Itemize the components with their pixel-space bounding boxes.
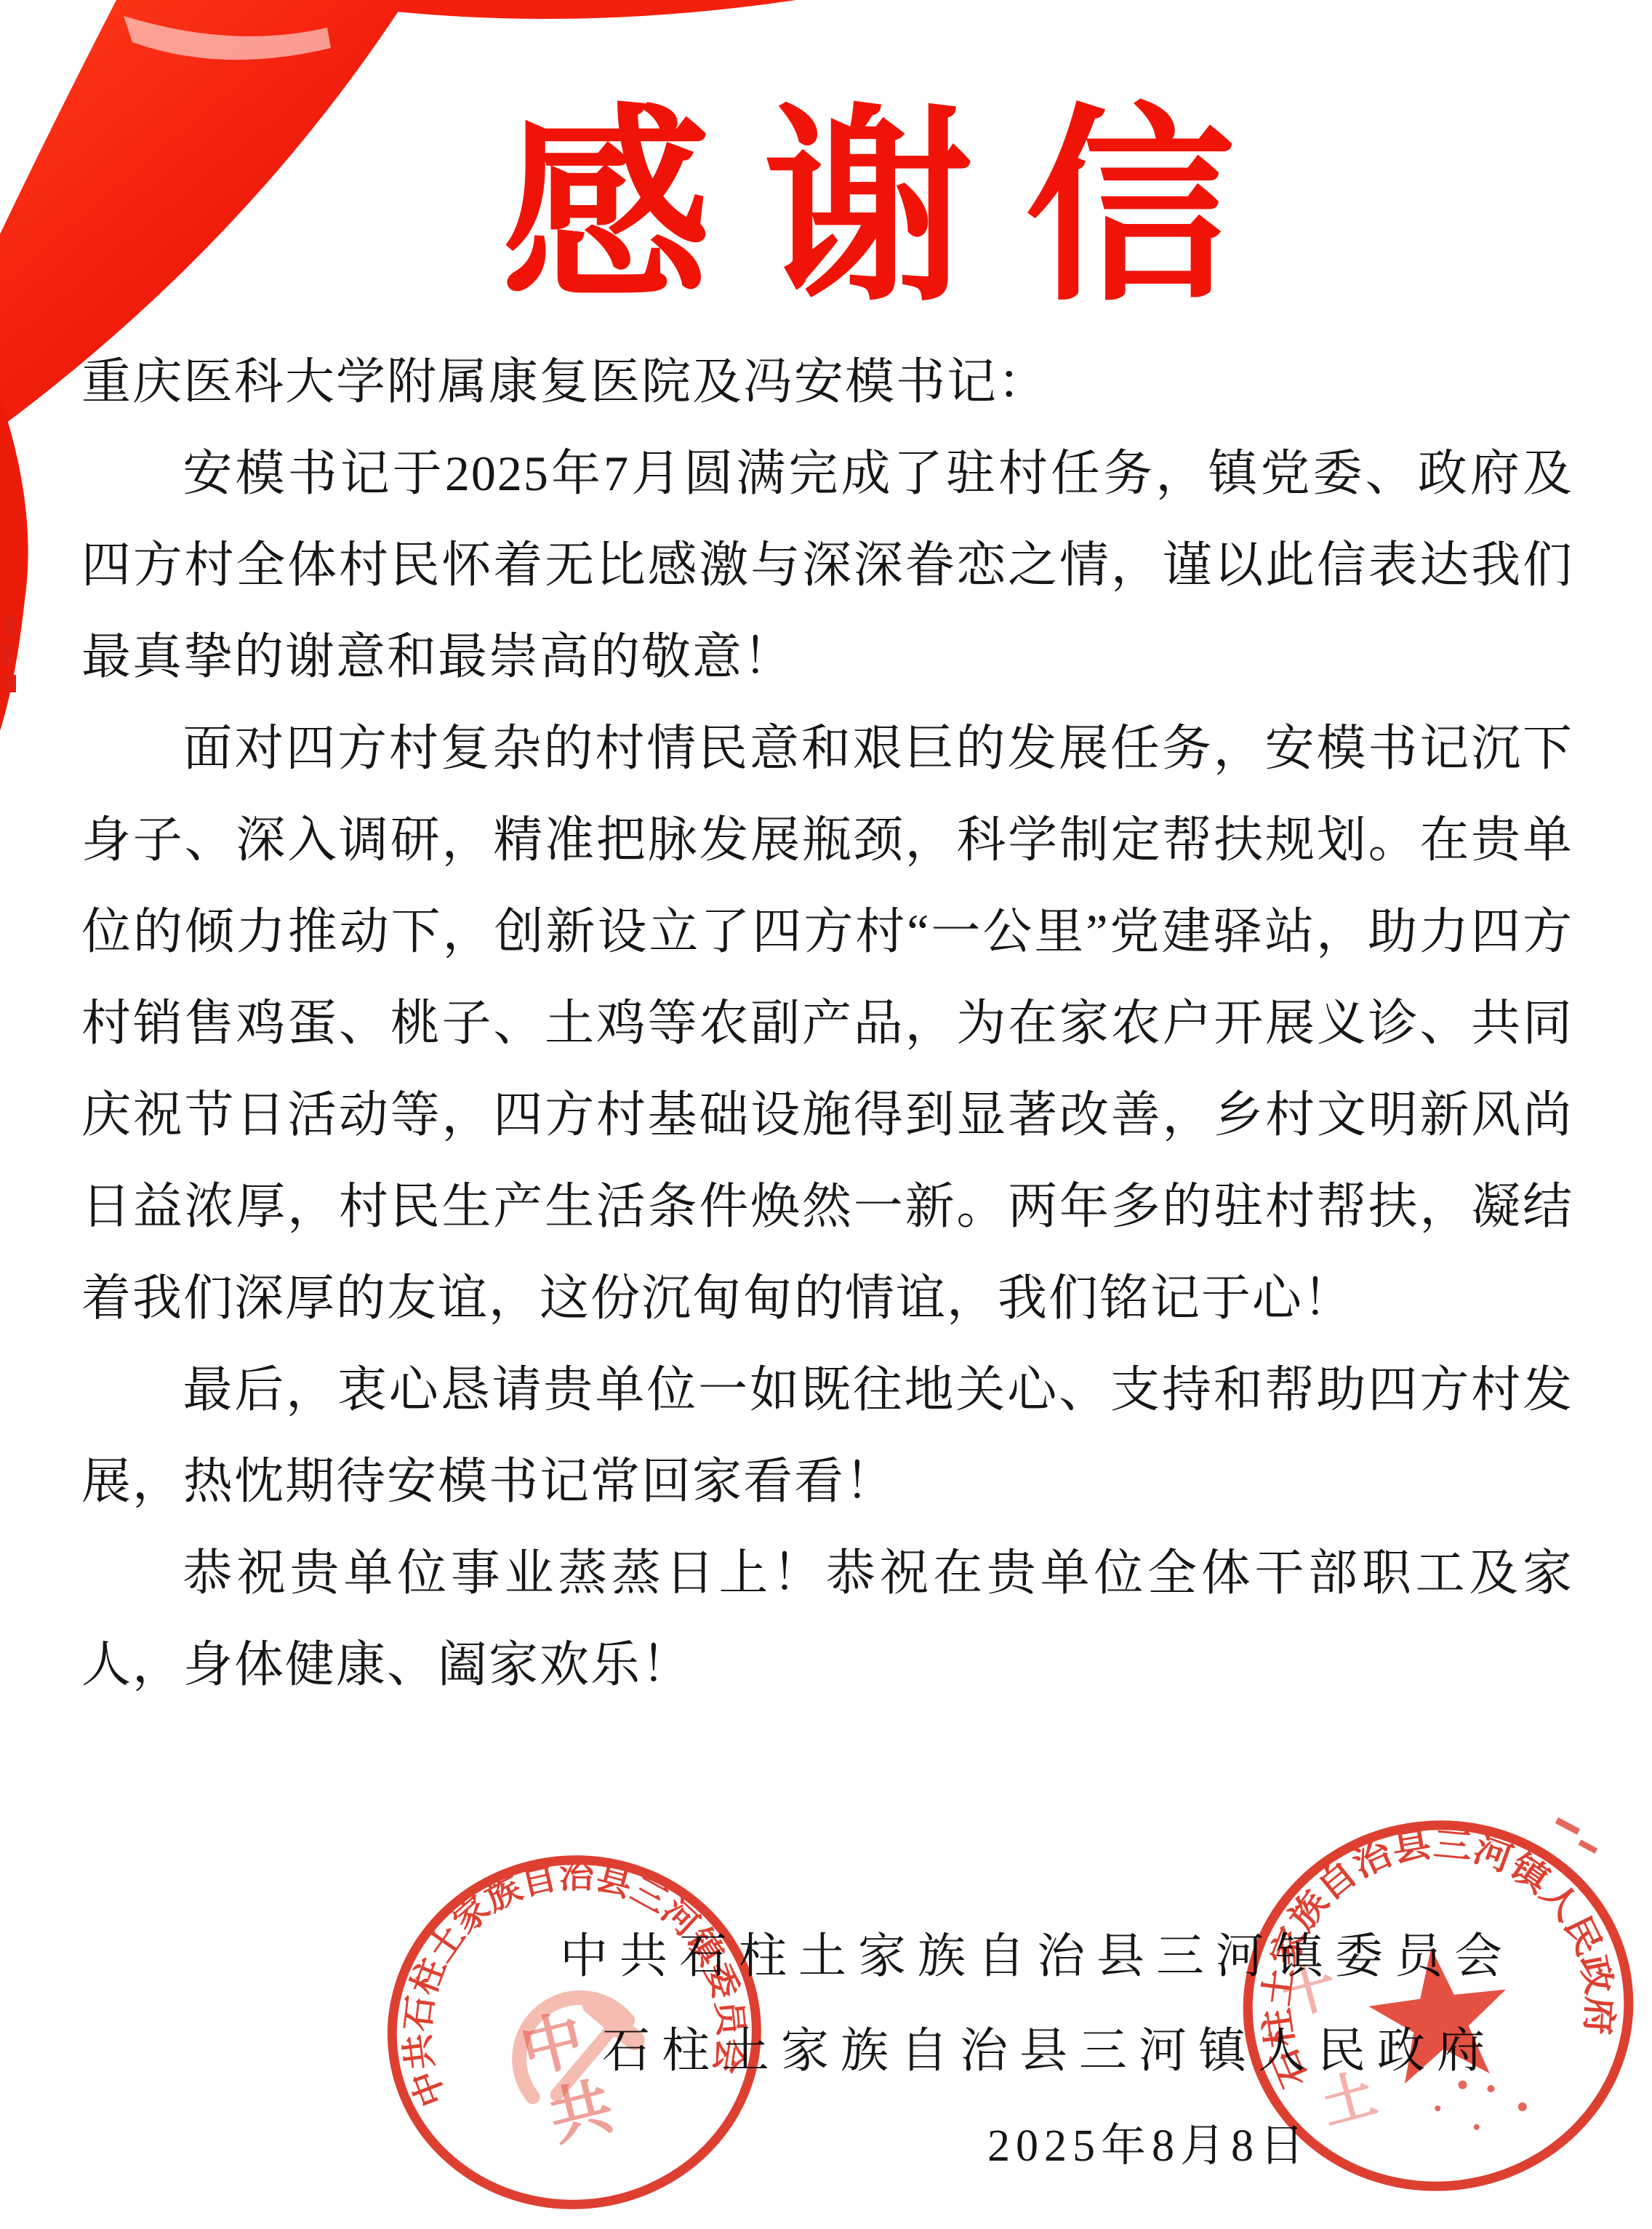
paragraph-3: 最后，衷心恳请贵单位一如既往地关心、支持和帮助四方村发展，热忱期待安模书记常回家… [81, 1344, 1573, 1527]
seal-ghost-char: 土 [1315, 2063, 1382, 2135]
seal-ghost-char: 共 [542, 2072, 619, 2154]
paragraph-4: 恭祝贵单位事业蒸蒸日上！恭祝在贵单位全体干部职工及家人，身体健康、阖家欢乐！ [81, 1527, 1573, 1710]
letter-title: 感谢信 [502, 93, 1287, 324]
thank-you-letter-page: 感谢信 重庆医科大学附属康复医院及冯安模书记： 安模书记于2025年7月圆满完成… [0, 0, 1652, 2229]
official-seal-party-committee: 中共石柱土家族自治县三河镇委员会 中 共 [378, 1838, 771, 2229]
five-pointed-star-icon [1363, 1940, 1516, 2087]
paragraph-2: 面对四方村复杂的村情民意和艰巨的发展任务，安模书记沉下身子、深入调研，精准把脉发… [81, 703, 1573, 1344]
paragraph-1: 安模书记于2025年7月圆满完成了驻村任务，镇党委、政府及四方村全体村民怀着无比… [81, 428, 1573, 703]
salutation: 重庆医科大学附属康复医院及冯安模书记： [81, 336, 1573, 428]
official-seal-peoples-government: 石柱土家族自治县三河镇人民政府 十 土 [1235, 1802, 1642, 2209]
letter-body: 重庆医科大学附属康复医院及冯安模书记： 安模书记于2025年7月圆满完成了驻村任… [81, 336, 1573, 1710]
